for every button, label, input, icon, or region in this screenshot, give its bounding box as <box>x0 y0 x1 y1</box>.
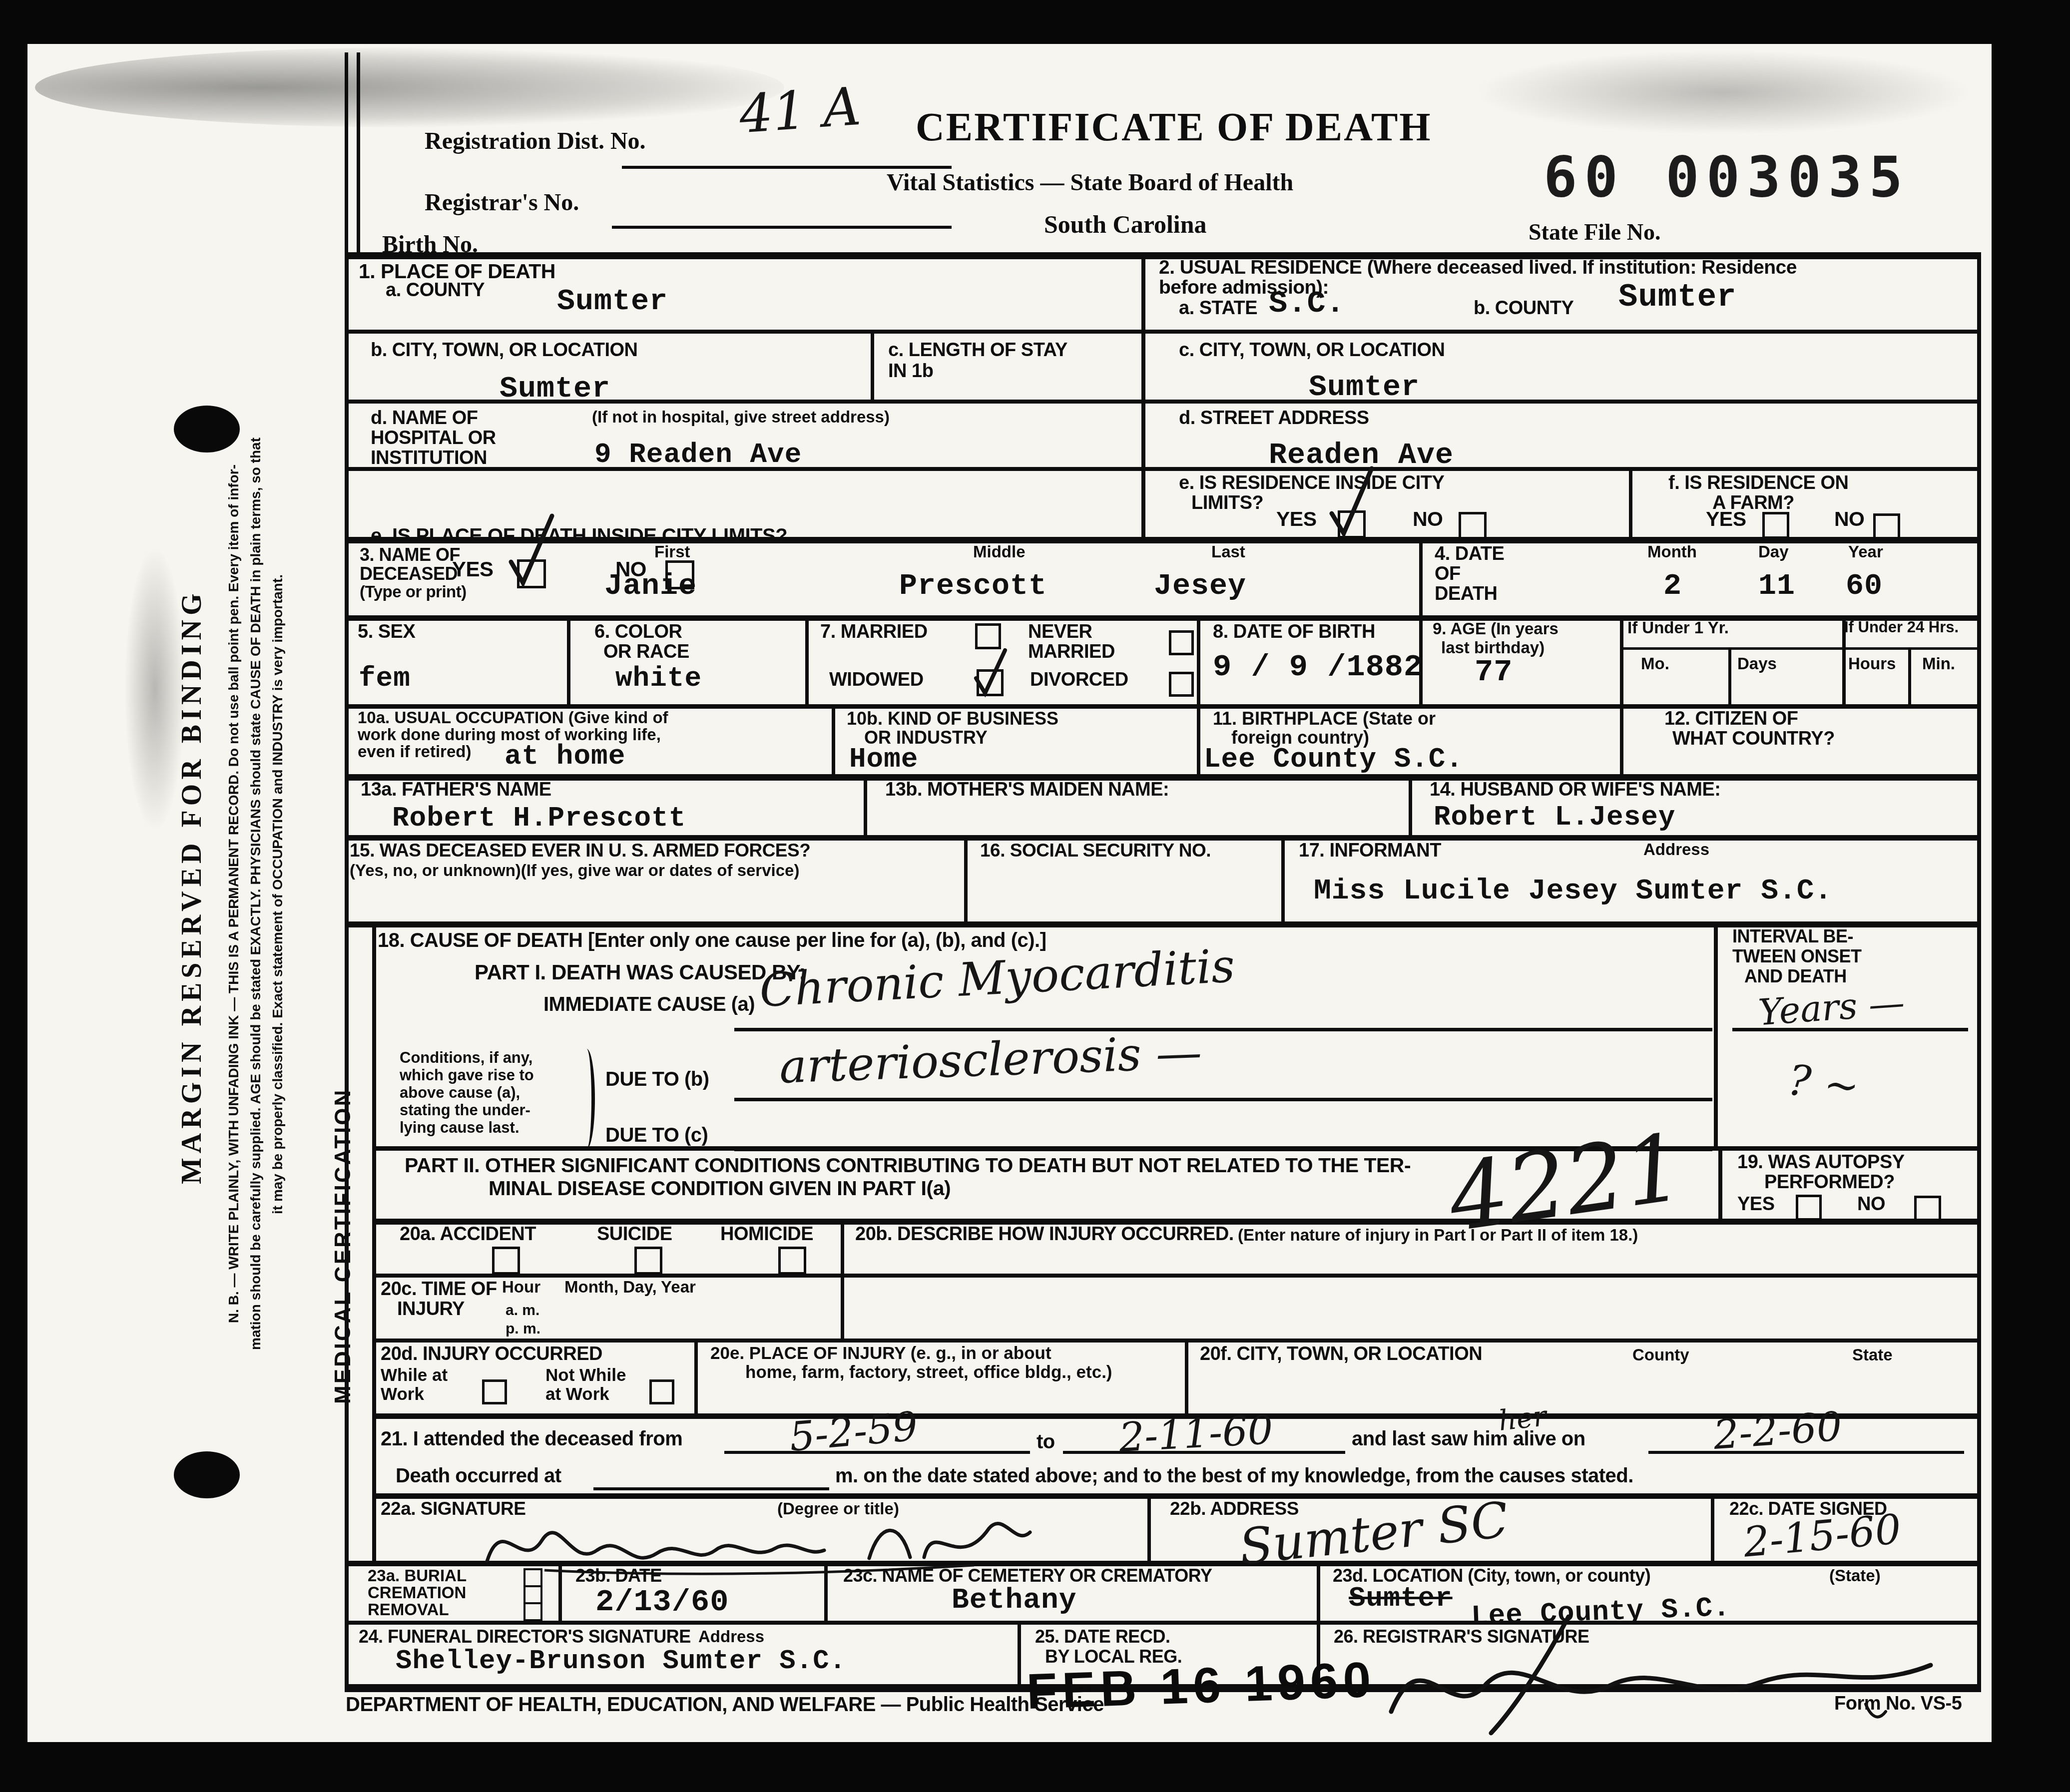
facility-label2: HOSPITAL OR <box>371 429 496 448</box>
am-label: a. m. <box>506 1303 539 1319</box>
residence-county-value: Sumter <box>1618 280 1736 316</box>
place-county-label: a. COUNTY <box>386 281 485 301</box>
attended-to-word: to <box>1036 1431 1055 1452</box>
last-name-header: Last <box>1211 543 1245 561</box>
place-of-death-title: 1. PLACE OF DEATH <box>359 261 555 282</box>
funeral-address-label: Address <box>698 1628 764 1646</box>
interval-header2: TWEEN ONSET <box>1732 947 1862 966</box>
interval-header1: INTERVAL BE- <box>1732 927 1853 946</box>
attended-pre-text: 21. I attended the deceased from <box>381 1428 682 1449</box>
cemetery-label: 23c. NAME OF CEMETERY OR CREMATORY <box>843 1566 1212 1585</box>
due-to-b-label: DUE TO (b) <box>605 1069 709 1090</box>
part2-label2: MINAL DISEASE CONDITION GIVEN IN PART I(… <box>489 1178 951 1199</box>
residence-city-label: c. CITY, TOWN, OR LOCATION <box>1179 341 1445 361</box>
dob-value: 9 / 9 /1882 <box>1213 649 1423 685</box>
while-at-work-label1: While at <box>381 1366 448 1385</box>
describe-injury-label: 20b. DESCRIBE HOW INJURY OCCURRED. <box>855 1225 1234 1245</box>
location-state-note: (State) <box>1829 1567 1881 1585</box>
father-value: Robert H.Prescott <box>392 802 686 834</box>
hour-label: Hour <box>502 1279 540 1296</box>
married-checkbox <box>975 623 1001 649</box>
conditions-brace <box>578 1049 595 1149</box>
dod-label2: OF <box>1435 564 1461 584</box>
residence-title: 2. USUAL RESIDENCE (Where deceased lived… <box>1159 258 1797 278</box>
due-to-c-label: DUE TO (c) <box>605 1125 708 1146</box>
her-handwritten-note: her <box>1497 1400 1548 1437</box>
part1-label: PART I. DEATH WAS CAUSED BY: <box>475 961 806 983</box>
name-label3: (Type or print) <box>360 583 467 601</box>
accident-checkbox <box>492 1247 520 1275</box>
month-day-year-label: Month, Day, Year <box>564 1279 696 1296</box>
funeral-director-label: 24. FUNERAL DIRECTOR'S SIGNATURE <box>359 1627 691 1646</box>
death-certificate-scan: MARGIN RESERVED FOR BINDING N. B. — WRIT… <box>0 0 2070 1792</box>
describe-injury-note: (Enter nature of injury in Part I or Par… <box>1238 1227 1638 1244</box>
under-24hr-label: If Under 24 Hrs. <box>1844 619 1959 636</box>
cremation-checkbox <box>523 1585 542 1604</box>
not-while-checkbox <box>649 1379 674 1404</box>
mo-label: Mo. <box>1641 655 1669 673</box>
registration-dist-label: Registration Dist. No. <box>425 127 646 155</box>
residence-limits-label2: LIMITS? <box>1191 493 1263 513</box>
conditions-note2: which gave rise to <box>400 1067 534 1084</box>
mother-label: 13b. MOTHER'S MAIDEN NAME: <box>885 780 1169 800</box>
length-of-stay-label: c. LENGTH OF STAY <box>888 341 1067 361</box>
death-occurred-post: m. on the date stated above; and to the … <box>835 1465 1633 1486</box>
citizen-label2: WHAT COUNTRY? <box>1672 729 1835 749</box>
last-alive-value: 2-2-60 <box>1712 1403 1844 1458</box>
divorced-checkbox <box>1169 672 1194 697</box>
occupation-label3: even if retired) <box>358 743 471 761</box>
divorced-label: DIVORCED <box>1030 670 1128 690</box>
state-file-no-label: State File No. <box>1529 219 1660 245</box>
removal-checkbox <box>523 1602 542 1621</box>
birthplace-value: Lee County S.C. <box>1204 743 1463 775</box>
autopsy-yes-label: YES <box>1737 1195 1775 1215</box>
funeral-director-value: Shelley-Brunson Sumter S.C. <box>396 1646 846 1677</box>
residence-farm-yes-label: YES <box>1706 508 1746 530</box>
sex-label: 5. SEX <box>358 622 415 642</box>
interval-b-value: ? ~ <box>1786 1055 1862 1111</box>
hours-label: Hours <box>1848 655 1896 673</box>
part2-label1: PART II. OTHER SIGNIFICANT CONDITIONS CO… <box>405 1155 1411 1176</box>
time-of-injury-label2: INJURY <box>397 1300 465 1320</box>
suicide-checkbox <box>634 1247 662 1275</box>
place-county-value: Sumter <box>557 285 668 319</box>
married-label: 7. MARRIED <box>820 622 928 642</box>
widowed-label: WIDOWED <box>829 670 924 690</box>
dod-year-value: 60 <box>1846 569 1883 603</box>
registrars-no-label: Registrar's No. <box>425 189 579 216</box>
residence-limits-no-label: NO <box>1413 508 1443 530</box>
registration-dist-value: 41 A <box>737 76 863 145</box>
autopsy-label2: PERFORMED? <box>1764 1173 1895 1193</box>
removal-label: REMOVAL <box>368 1601 449 1619</box>
first-name-header: First <box>654 543 690 561</box>
dod-label3: DEATH <box>1435 584 1498 604</box>
homicide-checkbox <box>778 1247 806 1275</box>
immediate-cause-label: IMMEDIATE CAUSE (a) <box>543 994 755 1015</box>
residence-state-value: S.C. <box>1269 286 1345 321</box>
date-received-stamp: FEB 16 1960 <box>1026 1651 1377 1721</box>
dod-month-header: Month <box>1647 543 1697 561</box>
attended-to-value: 2-11-60 <box>1118 1406 1274 1461</box>
color-value: white <box>615 662 702 694</box>
residence-county-label: b. COUNTY <box>1474 299 1573 319</box>
first-name-value: Janie <box>604 569 697 603</box>
dod-day-value: 11 <box>1758 569 1795 603</box>
margin-nb-line3: it may be properly classified. Exact sta… <box>270 70 291 1718</box>
occupation-label1: 10a. USUAL OCCUPATION (Give kind of <box>358 709 668 727</box>
registrars-no-line <box>612 226 952 229</box>
spouse-value: Robert L.Jesey <box>1434 801 1675 833</box>
burial-checkbox <box>523 1568 542 1587</box>
injury-city-label: 20f. CITY, TOWN, OR LOCATION <box>1200 1344 1482 1364</box>
middle-name-value: Prescott <box>899 569 1047 603</box>
not-while-label2: at Work <box>545 1385 609 1404</box>
place-of-injury-label1: 20e. PLACE OF INJURY (e. g., in or about <box>710 1344 1051 1363</box>
department-footer: DEPARTMENT OF HEALTH, EDUCATION, AND WEL… <box>346 1694 1104 1715</box>
margin-nb-line2: mation should be carefully supplied. AGE… <box>248 70 269 1718</box>
accident-label: 20a. ACCIDENT <box>400 1225 536 1245</box>
state-file-number-stamp: 60 003035 <box>1544 145 1910 210</box>
spouse-label: 14. HUSBAND OR WIFE'S NAME: <box>1430 780 1720 800</box>
under-1yr-label: If Under 1 Yr. <box>1627 619 1729 637</box>
father-label: 13a. FATHER'S NAME <box>361 780 551 800</box>
facility-label3: INSTITUTION <box>371 448 487 468</box>
date-received-label1: 25. DATE RECD. <box>1035 1627 1170 1646</box>
never-married-label2: MARRIED <box>1028 642 1115 662</box>
conditions-note5: lying cause last. <box>400 1120 519 1136</box>
time-of-injury-label1: 20c. TIME OF <box>381 1280 497 1300</box>
residence-limits-yes-label: YES <box>1276 508 1317 530</box>
days-label: Days <box>1737 655 1777 673</box>
sex-value: fem <box>359 662 411 694</box>
residence-farm-no-label: NO <box>1834 508 1865 530</box>
ssn-label: 16. SOCIAL SECURITY NO. <box>980 841 1211 861</box>
dod-day-header: Day <box>1758 543 1789 561</box>
place-city-value: Sumter <box>500 372 610 406</box>
residence-street-label: d. STREET ADDRESS <box>1179 409 1369 429</box>
length-of-stay-label2: IN 1b <box>888 362 933 382</box>
autopsy-label1: 19. WAS AUTOPSY <box>1737 1153 1905 1173</box>
place-of-injury-label2: home, farm, factory, street, office bldg… <box>745 1363 1112 1382</box>
conditions-note3: above cause (a), <box>400 1085 520 1101</box>
state-name: South Carolina <box>1044 210 1207 239</box>
color-label1: 6. COLOR <box>594 622 682 642</box>
residence-limits-yes-checkmark <box>1324 464 1381 537</box>
dod-label1: 4. DATE <box>1435 544 1504 564</box>
residence-state-label: a. STATE <box>1179 299 1257 319</box>
residence-limits-label1: e. IS RESIDENCE INSIDE CITY <box>1179 473 1444 493</box>
registrar-signature <box>1349 1609 1978 1734</box>
facility-note: (If not in hospital, give street address… <box>592 409 890 426</box>
interval-header3: AND DEATH <box>1744 967 1847 986</box>
armed-forces-label: 15. WAS DECEASED EVER IN U. S. ARMED FOR… <box>350 841 810 861</box>
never-married-checkbox <box>1169 630 1194 655</box>
injury-occurred-label: 20d. INJURY OCCURRED <box>381 1344 602 1364</box>
autopsy-no-checkbox <box>1914 1196 1941 1223</box>
residence-city-value: Sumter <box>1309 371 1420 405</box>
disposition-date-value: 2/13/60 <box>595 1584 729 1620</box>
place-limits-label: e. IS PLACE OF DEATH INSIDE CITY LIMITS? <box>371 525 787 546</box>
citizen-label1: 12. CITIZEN OF <box>1664 709 1798 729</box>
age-label1: 9. AGE (In years <box>1433 620 1558 638</box>
margin-binding-text: MARGIN RESERVED FOR BINDING <box>176 350 221 1423</box>
middle-name-header: Middle <box>973 543 1026 561</box>
certificate-title: CERTIFICATE OF DEATH <box>916 105 1432 150</box>
facility-label1: d. NAME OF <box>371 409 478 429</box>
homicide-label: HOMICIDE <box>720 1225 813 1245</box>
residence-farm-no-checkbox <box>1873 513 1900 540</box>
min-label: Min. <box>1922 655 1955 673</box>
birthplace-label1: 11. BIRTHPLACE (State or <box>1213 709 1436 728</box>
dod-month-value: 2 <box>1663 569 1682 603</box>
cemetery-value: Bethany <box>952 1584 1077 1617</box>
disposition-date-label: 23b. DATE <box>575 1566 662 1585</box>
not-while-label1: Not While <box>545 1366 626 1385</box>
armed-forces-note: (Yes, no, or unknown)(If yes, give war o… <box>350 862 799 880</box>
informant-address-label: Address <box>1643 841 1709 859</box>
residence-farm-yes-checkbox <box>1762 512 1789 539</box>
injury-county-label: County <box>1632 1346 1689 1364</box>
pm-label: p. m. <box>506 1321 540 1337</box>
certificate-subtitle: Vital Statistics — State Board of Health <box>887 169 1293 196</box>
residence-farm-label1: f. IS RESIDENCE ON <box>1668 473 1849 493</box>
never-married-label1: NEVER <box>1028 622 1092 642</box>
informant-value: Miss Lucile Jesey Sumter S.C. <box>1314 875 1832 907</box>
age-value: 77 <box>1475 654 1513 690</box>
while-at-work-label2: Work <box>381 1385 424 1404</box>
name-label2: DECEASED <box>360 564 458 583</box>
color-label2: OR RACE <box>603 642 689 662</box>
occupation-value: at home <box>505 740 625 772</box>
burial-label: 23a. BURIAL <box>368 1567 467 1585</box>
residence-limits-no-checkbox <box>1459 512 1487 540</box>
conditions-note1: Conditions, if any, <box>400 1050 532 1066</box>
dob-label: 8. DATE OF BIRTH <box>1213 622 1375 642</box>
attended-post-text: and last saw him alive on <box>1352 1428 1585 1449</box>
business-label1: 10b. KIND OF BUSINESS <box>847 709 1058 728</box>
informant-label: 17. INFORMANT <box>1299 841 1441 861</box>
conditions-note4: stating the under- <box>400 1102 530 1119</box>
dod-year-header: Year <box>1848 543 1883 561</box>
facility-value: 9 Readen Ave <box>594 439 802 470</box>
place-limits-yes-checkmark <box>502 512 562 587</box>
widowed-checkmark <box>970 647 1010 697</box>
cremation-label: CREMATION <box>368 1584 466 1602</box>
suicide-label: SUICIDE <box>597 1225 672 1245</box>
place-city-label: b. CITY, TOWN, OR LOCATION <box>371 341 637 361</box>
medical-certification-label: MEDICAL CERTIFICATION <box>331 939 373 1553</box>
autopsy-no-label: NO <box>1857 1195 1885 1215</box>
injury-state-label: State <box>1852 1346 1893 1364</box>
cause-of-death-label: 18. CAUSE OF DEATH [Enter only one cause… <box>378 930 1046 951</box>
margin-nb-line1: N. B. — WRITE PLAINLY, WITH UNFADING INK… <box>226 70 247 1718</box>
while-at-work-checkbox <box>482 1379 507 1404</box>
autopsy-yes-checkbox <box>1796 1195 1822 1221</box>
name-label1: 3. NAME OF <box>360 545 460 564</box>
last-name-value: Jesey <box>1154 569 1246 603</box>
business-value: Home <box>849 743 918 775</box>
death-occurred-pre: Death occurred at <box>396 1465 561 1486</box>
